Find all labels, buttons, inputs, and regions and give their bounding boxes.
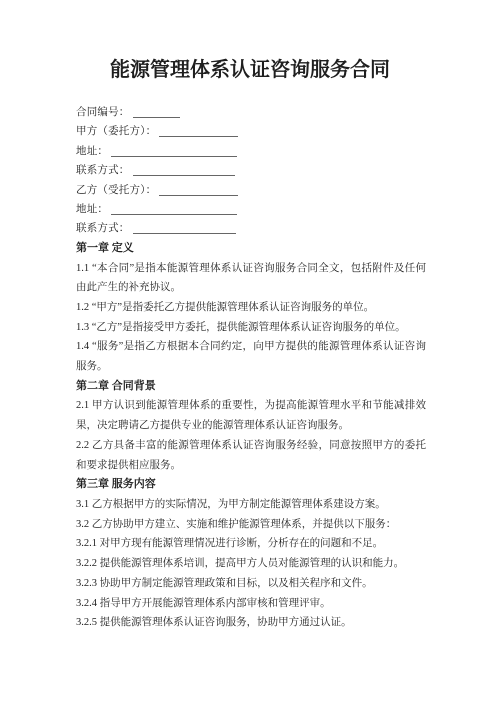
field-blank-line[interactable] <box>159 136 238 137</box>
clause-paragraph: 1.2 “甲方”是指委托乙方提供能源管理体系认证咨询服务的单位。 <box>76 298 426 318</box>
clause-paragraph: 3.2.5 提供能源管理体系认证咨询服务，协助甲方通过认证。 <box>76 613 426 633</box>
field-row: 乙方（受托方）： <box>76 181 426 200</box>
field-row: 联系方式： <box>76 219 426 238</box>
field-row: 地址： <box>76 200 426 219</box>
field-blank-line[interactable] <box>111 156 237 157</box>
field-label: 联系方式： <box>76 223 130 234</box>
clause-paragraph: 3.2.4 指导甲方开展能源管理体系内部审核和管理评审。 <box>76 594 426 614</box>
field-blank-line[interactable] <box>159 195 238 196</box>
header-fields: 合同编号：甲方（委托方）：地址：联系方式：乙方（受托方）：地址：联系方式： <box>0 103 500 239</box>
field-row: 甲方（委托方）： <box>76 122 426 141</box>
field-label: 合同编号： <box>76 107 130 118</box>
contract-section: 第三章 服务内容3.1 乙方根据甲方的实际情况，为甲方制定能源管理体系建设方案。… <box>76 475 426 633</box>
field-label: 地址： <box>76 146 108 157</box>
clause-paragraph: 3.2.3 协助甲方制定能源管理政策和目标，以及相关程序和文件。 <box>76 574 426 594</box>
clause-paragraph: 3.2.2 提供能源管理体系培训，提高甲方人员对能源管理的认识和能力。 <box>76 554 426 574</box>
field-label: 甲方（委托方）： <box>76 126 156 137</box>
field-row: 联系方式： <box>76 161 426 180</box>
clause-paragraph: 3.2.1 对甲方现有能源管理情况进行诊断，分析存在的问题和不足。 <box>76 534 426 554</box>
contract-document-page: 能源管理体系认证咨询服务合同 合同编号：甲方（委托方）：地址：联系方式：乙方（受… <box>0 0 500 707</box>
clause-paragraph: 3.2 乙方协助甲方建立、实施和维护能源管理体系，并提供以下服务： <box>76 515 426 535</box>
document-title: 能源管理体系认证咨询服务合同 <box>0 54 500 86</box>
section-heading: 第三章 服务内容 <box>76 475 426 495</box>
clause-paragraph: 2.2 乙方具备丰富的能源管理体系认证咨询服务经验，同意按照甲方的委托和要求提供… <box>76 436 426 475</box>
field-label: 联系方式： <box>76 165 130 176</box>
field-blank-line[interactable] <box>133 175 235 176</box>
contract-section: 第一章 定义1.1 “本合同”是指本能源管理体系认证咨询服务合同全文，包括附件及… <box>76 239 426 377</box>
clause-paragraph: 2.1 甲方认识到能源管理体系的重要性，为提高能源管理水平和节能减排效果，决定聘… <box>76 396 426 435</box>
clause-paragraph: 1.4 “服务”是指乙方根据本合同约定，向甲方提供的能源管理体系认证咨询服务。 <box>76 337 426 376</box>
field-blank-line[interactable] <box>133 117 180 118</box>
field-row: 地址： <box>76 142 426 161</box>
field-row: 合同编号： <box>76 103 426 122</box>
clause-paragraph: 1.3 “乙方”是指接受甲方委托，提供能源管理体系认证咨询服务的单位。 <box>76 318 426 338</box>
field-label: 乙方（受托方）： <box>76 185 156 196</box>
field-blank-line[interactable] <box>111 214 237 215</box>
field-label: 地址： <box>76 204 108 215</box>
clause-paragraph: 3.1 乙方根据甲方的实际情况，为甲方制定能源管理体系建设方案。 <box>76 495 426 515</box>
section-heading: 第二章 合同背景 <box>76 377 426 397</box>
contract-body: 第一章 定义1.1 “本合同”是指本能源管理体系认证咨询服务合同全文，包括附件及… <box>0 239 500 633</box>
clause-paragraph: 1.1 “本合同”是指本能源管理体系认证咨询服务合同全文，包括附件及任何由此产生… <box>76 259 426 298</box>
field-blank-line[interactable] <box>133 233 236 234</box>
contract-section: 第二章 合同背景2.1 甲方认识到能源管理体系的重要性，为提高能源管理水平和节能… <box>76 377 426 476</box>
section-heading: 第一章 定义 <box>76 239 426 259</box>
